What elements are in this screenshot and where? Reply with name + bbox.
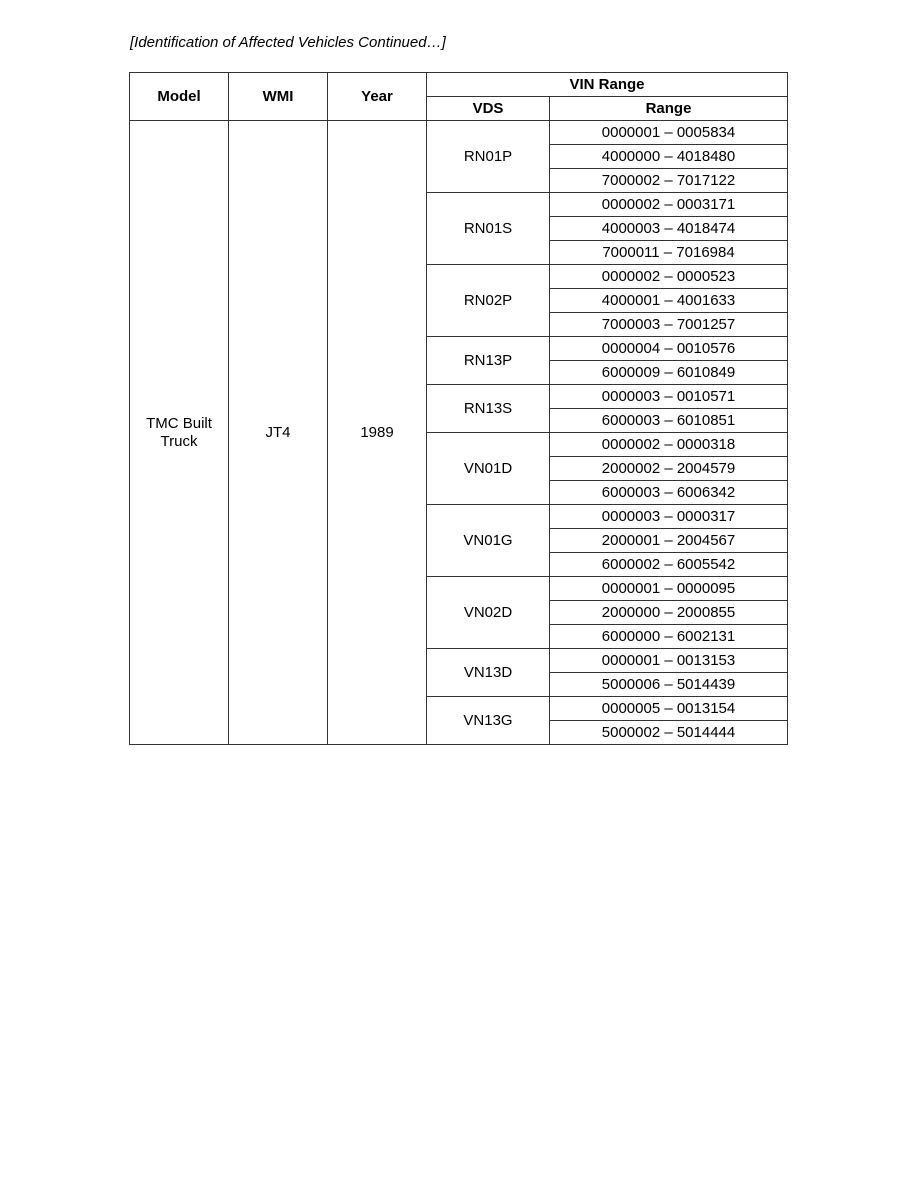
range-cell: 6000003 – 6006342 <box>550 481 788 505</box>
range-cell: 0000005 – 0013154 <box>550 697 788 721</box>
range-cell: 0000003 – 0010571 <box>550 385 788 409</box>
range-cell: 7000011 – 7016984 <box>550 241 788 265</box>
range-cell: 2000001 – 2004567 <box>550 529 788 553</box>
range-cell: 4000003 – 4018474 <box>550 217 788 241</box>
vds-cell: RN13S <box>427 385 550 433</box>
range-cell: 4000000 – 4018480 <box>550 145 788 169</box>
header-vds: VDS <box>427 97 550 121</box>
range-cell: 4000001 – 4001633 <box>550 289 788 313</box>
vds-cell: VN13G <box>427 697 550 745</box>
model-line-1: TMC Built <box>130 415 228 433</box>
vds-cell: RN01P <box>427 121 550 193</box>
model-cell: TMC BuiltTruck <box>130 121 229 745</box>
range-cell: 5000002 – 5014444 <box>550 721 788 745</box>
vds-cell: VN02D <box>427 577 550 649</box>
range-cell: 0000004 – 0010576 <box>550 337 788 361</box>
range-cell: 7000003 – 7001257 <box>550 313 788 337</box>
vds-cell: VN01G <box>427 505 550 577</box>
model-line-2: Truck <box>130 433 228 451</box>
header-wmi: WMI <box>229 73 328 121</box>
range-cell: 0000001 – 0013153 <box>550 649 788 673</box>
vds-cell: VN13D <box>427 649 550 697</box>
section-caption: [Identification of Affected Vehicles Con… <box>130 34 446 51</box>
range-cell: 2000000 – 2000855 <box>550 601 788 625</box>
range-cell: 0000002 – 0000523 <box>550 265 788 289</box>
range-cell: 0000002 – 0003171 <box>550 193 788 217</box>
table-body: TMC BuiltTruckJT41989RN01P0000001 – 0005… <box>130 121 788 745</box>
wmi-cell: JT4 <box>229 121 328 745</box>
range-cell: 0000002 – 0000318 <box>550 433 788 457</box>
vds-cell: RN13P <box>427 337 550 385</box>
header-model: Model <box>130 73 229 121</box>
affected-vehicles-table: Model WMI Year VIN Range VDS Range TMC B… <box>129 72 788 745</box>
range-cell: 7000002 – 7017122 <box>550 169 788 193</box>
year-cell: 1989 <box>328 121 427 745</box>
range-cell: 6000009 – 6010849 <box>550 361 788 385</box>
range-cell: 0000003 – 0000317 <box>550 505 788 529</box>
header-range: Range <box>550 97 788 121</box>
vds-cell: RN01S <box>427 193 550 265</box>
table-row: TMC BuiltTruckJT41989RN01P0000001 – 0005… <box>130 121 788 145</box>
range-cell: 0000001 – 0000095 <box>550 577 788 601</box>
range-cell: 5000006 – 5014439 <box>550 673 788 697</box>
range-cell: 6000000 – 6002131 <box>550 625 788 649</box>
range-cell: 0000001 – 0005834 <box>550 121 788 145</box>
range-cell: 6000002 – 6005542 <box>550 553 788 577</box>
vds-cell: VN01D <box>427 433 550 505</box>
header-year: Year <box>328 73 427 121</box>
range-cell: 2000002 – 2004579 <box>550 457 788 481</box>
vds-cell: RN02P <box>427 265 550 337</box>
header-vin-range: VIN Range <box>427 73 788 97</box>
range-cell: 6000003 – 6010851 <box>550 409 788 433</box>
